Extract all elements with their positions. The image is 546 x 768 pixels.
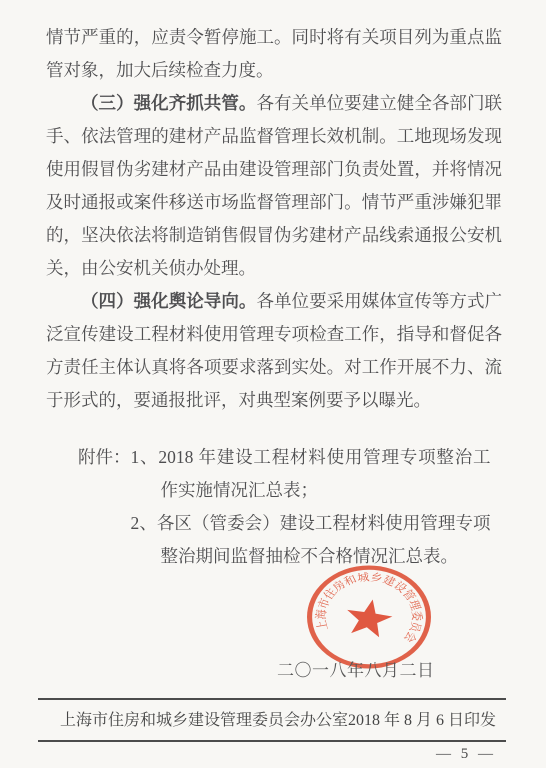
attachment-item: 1、2018 年建设工程材料使用管理专项整治工作实施情况汇总表； bbox=[131, 441, 491, 507]
paragraph-text: 各有关单位要建立健全各部门联手、依法管理的建材产品监督管理长效机制。工地现场发现… bbox=[46, 93, 502, 278]
seal-star bbox=[343, 596, 396, 638]
attachments-block: 附件： 1、2018 年建设工程材料使用管理专项整治工作实施情况汇总表； 2、各… bbox=[78, 441, 498, 573]
footer-issuer: 上海市住房和城乡建设管理委员会办公室 bbox=[60, 707, 348, 730]
paragraph-lead: （四）强化舆论导向。 bbox=[81, 291, 256, 311]
footer-rule-bottom bbox=[38, 740, 506, 742]
attachments-label: 附件： bbox=[78, 441, 131, 474]
attachments-list: 1、2018 年建设工程材料使用管理专项整治工作实施情况汇总表； 2、各区（管委… bbox=[131, 441, 491, 573]
document-page: 情节严重的，应责令暂停施工。同时将有关项目列为重点监管对象，加大后续检查力度。 … bbox=[0, 0, 546, 768]
svg-text:上海市住房和城乡建设管理委员会: 上海市住房和城乡建设管理委员会 bbox=[309, 563, 432, 646]
paragraph-lead: （三）强化齐抓共管。 bbox=[81, 93, 256, 113]
paragraph-text: 情节严重的，应责令暂停施工。同时将有关项目列为重点监管对象，加大后续检查力度。 bbox=[46, 27, 502, 80]
official-seal: 上海市住房和城乡建设管理委员会 bbox=[304, 563, 434, 671]
footer-rule-top bbox=[38, 698, 506, 700]
seal-ring bbox=[304, 563, 434, 671]
footer-print-date: 2018 年 8 月 6 日印发 bbox=[348, 707, 496, 730]
issue-date: 二〇一八年八月二日 bbox=[277, 656, 435, 681]
paragraph-section-3: （三）强化齐抓共管。各有关单位要建立健全各部门联手、依法管理的建材产品监督管理长… bbox=[46, 87, 502, 285]
paragraph-continuation: 情节严重的，应责令暂停施工。同时将有关项目列为重点监管对象，加大后续检查力度。 bbox=[46, 21, 502, 87]
seal-text: 上海市住房和城乡建设管理委员会 bbox=[309, 563, 432, 646]
attachment-item: 2、各区（管委会）建设工程材料使用管理专项整治期间监督抽检不合格情况汇总表。 bbox=[131, 507, 491, 573]
document-body: 情节严重的，应责令暂停施工。同时将有关项目列为重点监管对象，加大后续检查力度。 … bbox=[46, 21, 502, 417]
paragraph-section-4: （四）强化舆论导向。各单位要采用媒体宣传等方式广泛宣传建设工程材料使用管理专项检… bbox=[46, 285, 502, 417]
page-number: — 5 — bbox=[436, 746, 496, 763]
footer: 上海市住房和城乡建设管理委员会办公室 2018 年 8 月 6 日印发 bbox=[60, 707, 484, 730]
